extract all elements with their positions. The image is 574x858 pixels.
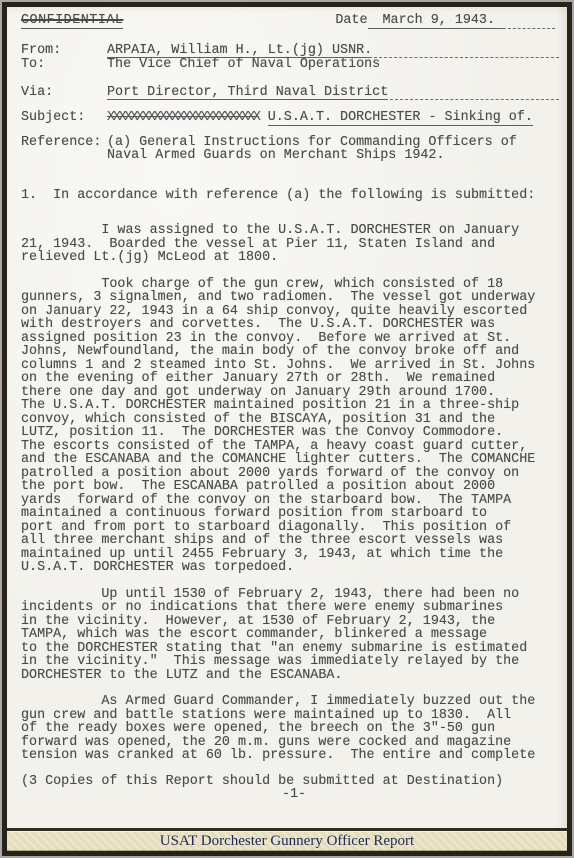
body-paragraph: I was assigned to the U.S.A.T. DORCHESTE… xyxy=(21,224,559,265)
via-row: Via: Port Director, Third Naval District xyxy=(21,86,559,101)
date-field: Date March 9, 1943. xyxy=(335,14,555,29)
reference-row: Reference: (a) General Instructions for … xyxy=(21,136,559,163)
section-1-heading: 1. In accordance with reference (a) the … xyxy=(21,189,559,203)
via-value: Port Director, Third Naval District xyxy=(107,86,388,101)
body-paragraph: Up until 1530 of February 2, 1943, there… xyxy=(21,588,559,683)
caption-text: USAT Dorchester Gunnery Officer Report xyxy=(160,833,414,850)
from-underline-filler xyxy=(374,55,559,58)
via-label: Via: xyxy=(21,86,107,101)
date-underline-filler xyxy=(503,26,555,29)
body-paragraph: Took charge of the gun crew, which consi… xyxy=(21,278,559,575)
body-paragraph: As Armed Guard Commander, I immediately … xyxy=(21,695,559,763)
scanned-document-frame: CONFIDENTIAL Date March 9, 1943. From: A… xyxy=(2,2,572,856)
subject-row: Subject: XXXXXXXXXXXXXXXXXXXXXXXXXX U.S.… xyxy=(21,111,559,126)
document-header-row: CONFIDENTIAL Date March 9, 1943. xyxy=(21,14,559,29)
to-label: To: xyxy=(21,58,107,72)
subject-label: Subject: xyxy=(21,111,107,126)
from-row: From: ARPAIA, William H., Lt.(jg) USNR. xyxy=(21,44,559,59)
subject-value: U.S.A.T. DORCHESTER - Sinking of. xyxy=(268,111,533,126)
from-to-block: From: ARPAIA, William H., Lt.(jg) USNR. … xyxy=(21,44,559,72)
subject-struck-text: XXXXXXXXXXXXXXXXXXXXXXXXXX xyxy=(107,111,259,126)
reference-label: Reference: xyxy=(21,136,107,163)
to-value: The Vice Chief of Naval Operations xyxy=(107,58,380,72)
document-page: CONFIDENTIAL Date March 9, 1943. From: A… xyxy=(7,7,567,828)
caption-bar: USAT Dorchester Gunnery Officer Report xyxy=(7,828,567,851)
page-number: -1- xyxy=(21,788,567,802)
to-row: To: The Vice Chief of Naval Operations xyxy=(21,58,559,72)
date-value: March 9, 1943. xyxy=(368,14,504,29)
reference-value: (a) General Instructions for Commanding … xyxy=(107,136,517,163)
classification-stamp: CONFIDENTIAL xyxy=(21,14,123,29)
via-underline-filler xyxy=(390,97,559,100)
date-label: Date xyxy=(335,14,367,29)
copies-note: (3 Copies of this Report should be submi… xyxy=(21,775,559,789)
from-value: ARPAIA, William H., Lt.(jg) USNR. xyxy=(107,44,372,59)
from-label: From: xyxy=(21,44,107,59)
